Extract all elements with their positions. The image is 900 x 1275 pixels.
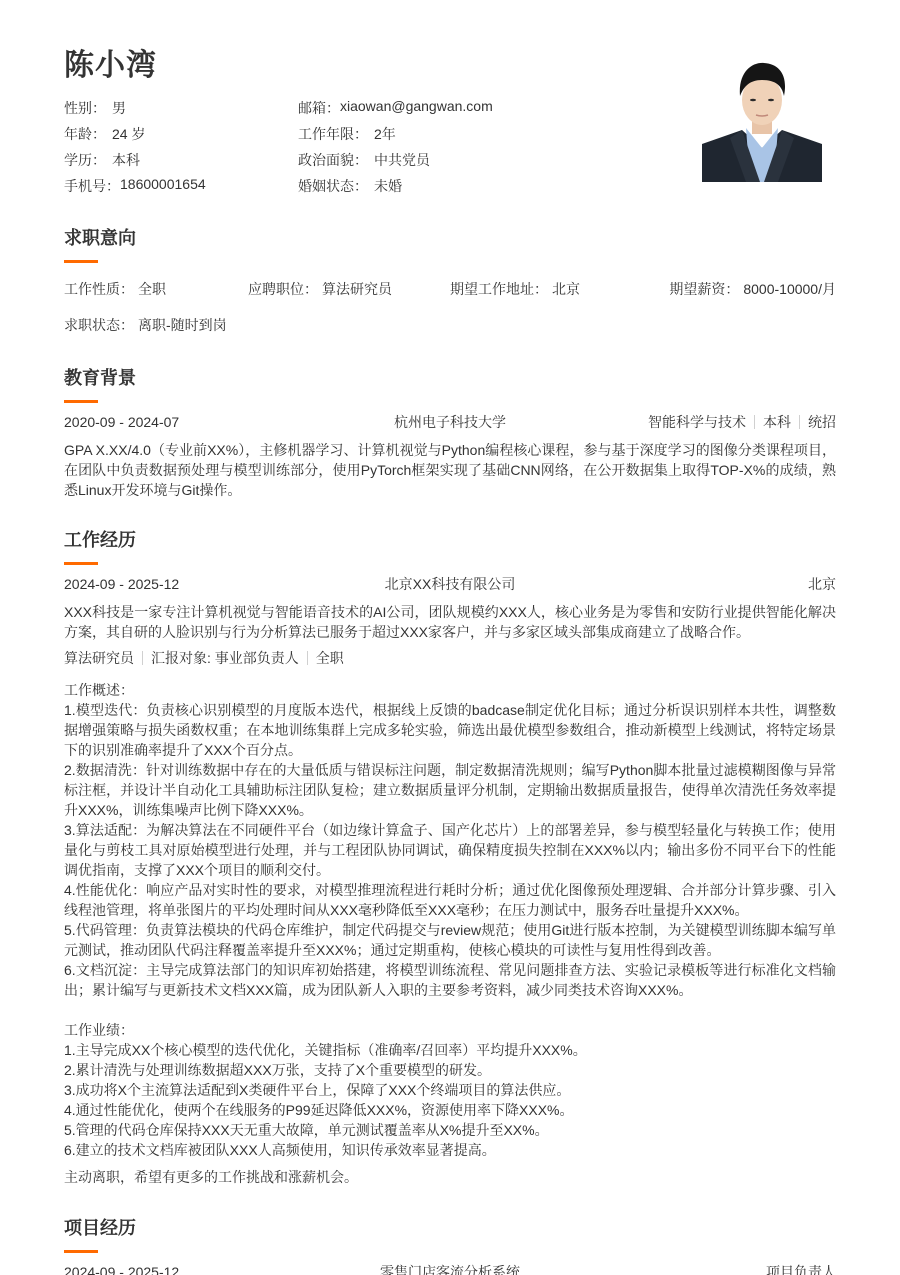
overview-item: 2.数据清洗：针对训练数据中存在的大量低质与错误标注问题，制定数据清洗规则；编写… xyxy=(64,760,836,820)
work-tags: 算法研究员汇报对象: 事业部负责人全职 xyxy=(64,648,836,668)
personal-info: 性别：男 邮箱：xiaowan@gangwan.com 年龄：24 岁 工作年限… xyxy=(64,95,684,199)
marital-value: 未婚 xyxy=(374,176,402,196)
section-accent-bar xyxy=(64,562,98,565)
education-description: GPA X.XX/4.0（专业前XX%），主修机器学习、计算机视觉与Python… xyxy=(64,440,836,500)
section-title-work: 工作经历 xyxy=(64,528,836,552)
overview-item: 1.模型迭代：负责核心识别模型的月度版本迭代，根据线上反馈的badcase制定优… xyxy=(64,700,836,760)
age-value: 24 岁 xyxy=(112,124,145,144)
projects-section: 项目经历 2024-09 - 2025-12 零售门店客流分析系统 项目负责人 xyxy=(64,1216,836,1275)
education-section: 教育背景 2020-09 - 2024-07 杭州电子科技大学 智能科学与技术本… xyxy=(64,366,836,500)
project-name: 零售门店客流分析系统 xyxy=(64,1262,836,1275)
age-label: 年龄： xyxy=(64,124,106,144)
political-label: 政治面貌： xyxy=(298,150,368,170)
section-accent-bar xyxy=(64,260,98,263)
location-label: 期望工作地址： xyxy=(450,279,548,299)
marital-label: 婚姻状态： xyxy=(298,176,368,196)
degree-value: 本科 xyxy=(112,150,140,170)
overview-item: 3.算法适配：为解决算法在不同硬件平台（如边缘计算盒子、国产化芯片）上的部署差异… xyxy=(64,820,836,880)
gender-value: 男 xyxy=(112,98,126,118)
overview-item: 4.性能优化：响应产品对实时性的要求，对模型推理流程进行耗时分析；通过优化图像预… xyxy=(64,880,836,920)
phone-value: 18600001654 xyxy=(120,176,206,196)
enrollment-type: 统招 xyxy=(808,412,836,432)
achievements-title: 工作业绩： xyxy=(64,1020,836,1040)
separator xyxy=(307,651,308,665)
achievement-item: 5.管理的代码仓库保持XXX天无重大故障，单元测试覆盖率从X%提升至XX%。 xyxy=(64,1120,836,1140)
section-title-job-intent: 求职意向 xyxy=(64,226,836,250)
separator xyxy=(799,415,800,429)
achievement-item: 1.主导完成XX个核心模型的迭代优化，关键指标（准确率/召回率）平均提升XXX%… xyxy=(64,1040,836,1060)
overview-item: 6.文档沉淀：主导完成算法部门的知识库初始搭建，将模型训练流程、常见问题排查方法… xyxy=(64,960,836,1000)
degree: 本科 xyxy=(763,412,791,432)
work-period: 2024-09 - 2025-12 xyxy=(64,576,179,592)
work-location: 北京 xyxy=(808,574,836,594)
section-title-education: 教育背景 xyxy=(64,366,836,390)
major: 智能科学与技术 xyxy=(648,412,746,432)
separator xyxy=(754,415,755,429)
work-section: 工作经历 2024-09 - 2025-12 北京XX科技有限公司 北京 XXX… xyxy=(64,528,836,1187)
project-period: 2024-09 - 2025-12 xyxy=(64,1264,179,1275)
leave-reason: 主动离职，希望有更多的工作挑战和涨薪机会。 xyxy=(64,1167,836,1187)
phone-label: 手机号： xyxy=(64,176,120,196)
job-type-label: 工作性质： xyxy=(64,279,134,299)
profile-photo xyxy=(702,52,822,182)
employment-type: 全职 xyxy=(316,648,344,668)
overview-item: 5.代码管理：负责算法模块的代码仓库维护，制定代码提交与review规范；使用G… xyxy=(64,920,836,960)
job-type-value: 全职 xyxy=(138,279,166,299)
position-value: 算法研究员 xyxy=(322,279,392,299)
email-label: 邮箱： xyxy=(298,98,340,118)
email-value: xiaowan@gangwan.com xyxy=(340,98,493,118)
separator xyxy=(142,651,143,665)
location-value: 北京 xyxy=(552,279,580,299)
work-years-label: 工作年限： xyxy=(298,124,368,144)
status-value: 离职-随时到岗 xyxy=(138,315,227,335)
status-label: 求职状态： xyxy=(64,315,134,335)
education-tags: 智能科学与技术本科统招 xyxy=(648,412,836,432)
company-description: XXX科技是一家专注计算机视觉与智能语音技术的AI公司，团队规模约XXX人，核心… xyxy=(64,602,836,642)
education-period: 2020-09 - 2024-07 xyxy=(64,414,179,430)
work-years-value: 2年 xyxy=(374,124,396,144)
salary-label: 期望薪资： xyxy=(669,279,739,299)
position-label: 应聘职位： xyxy=(248,279,318,299)
achievement-item: 2.累计清洗与处理训练数据超XXX万张，支持了X个重要模型的研发。 xyxy=(64,1060,836,1080)
job-title: 算法研究员 xyxy=(64,648,134,668)
achievement-item: 6.建立的技术文档库被团队XXX人高频使用，知识传承效率显著提高。 xyxy=(64,1140,836,1160)
overview-title: 工作概述： xyxy=(64,680,836,700)
project-role: 项目负责人 xyxy=(766,1262,836,1275)
report-to: 汇报对象: 事业部负责人 xyxy=(151,648,299,668)
company-name: 北京XX科技有限公司 xyxy=(64,574,836,594)
portrait-image-icon xyxy=(702,52,822,182)
section-accent-bar xyxy=(64,400,98,403)
gender-label: 性别： xyxy=(64,98,106,118)
candidate-name: 陈小湾 xyxy=(64,40,157,84)
salary-value: 8000-10000/月 xyxy=(743,279,836,299)
achievement-item: 3.成功将X个主流算法适配到X类硬件平台上，保障了XXX个终端项目的算法供应。 xyxy=(64,1080,836,1100)
political-value: 中共党员 xyxy=(374,150,430,170)
section-accent-bar xyxy=(64,1250,98,1253)
degree-label: 学历： xyxy=(64,150,106,170)
achievement-item: 4.通过性能优化，使两个在线服务的P99延迟降低XXX%，资源使用率下降XXX%… xyxy=(64,1100,836,1120)
job-intent-section: 求职意向 工作性质：全职 应聘职位：算法研究员 期望工作地址：北京 期望薪资：8… xyxy=(64,226,836,335)
section-title-projects: 项目经历 xyxy=(64,1216,836,1240)
